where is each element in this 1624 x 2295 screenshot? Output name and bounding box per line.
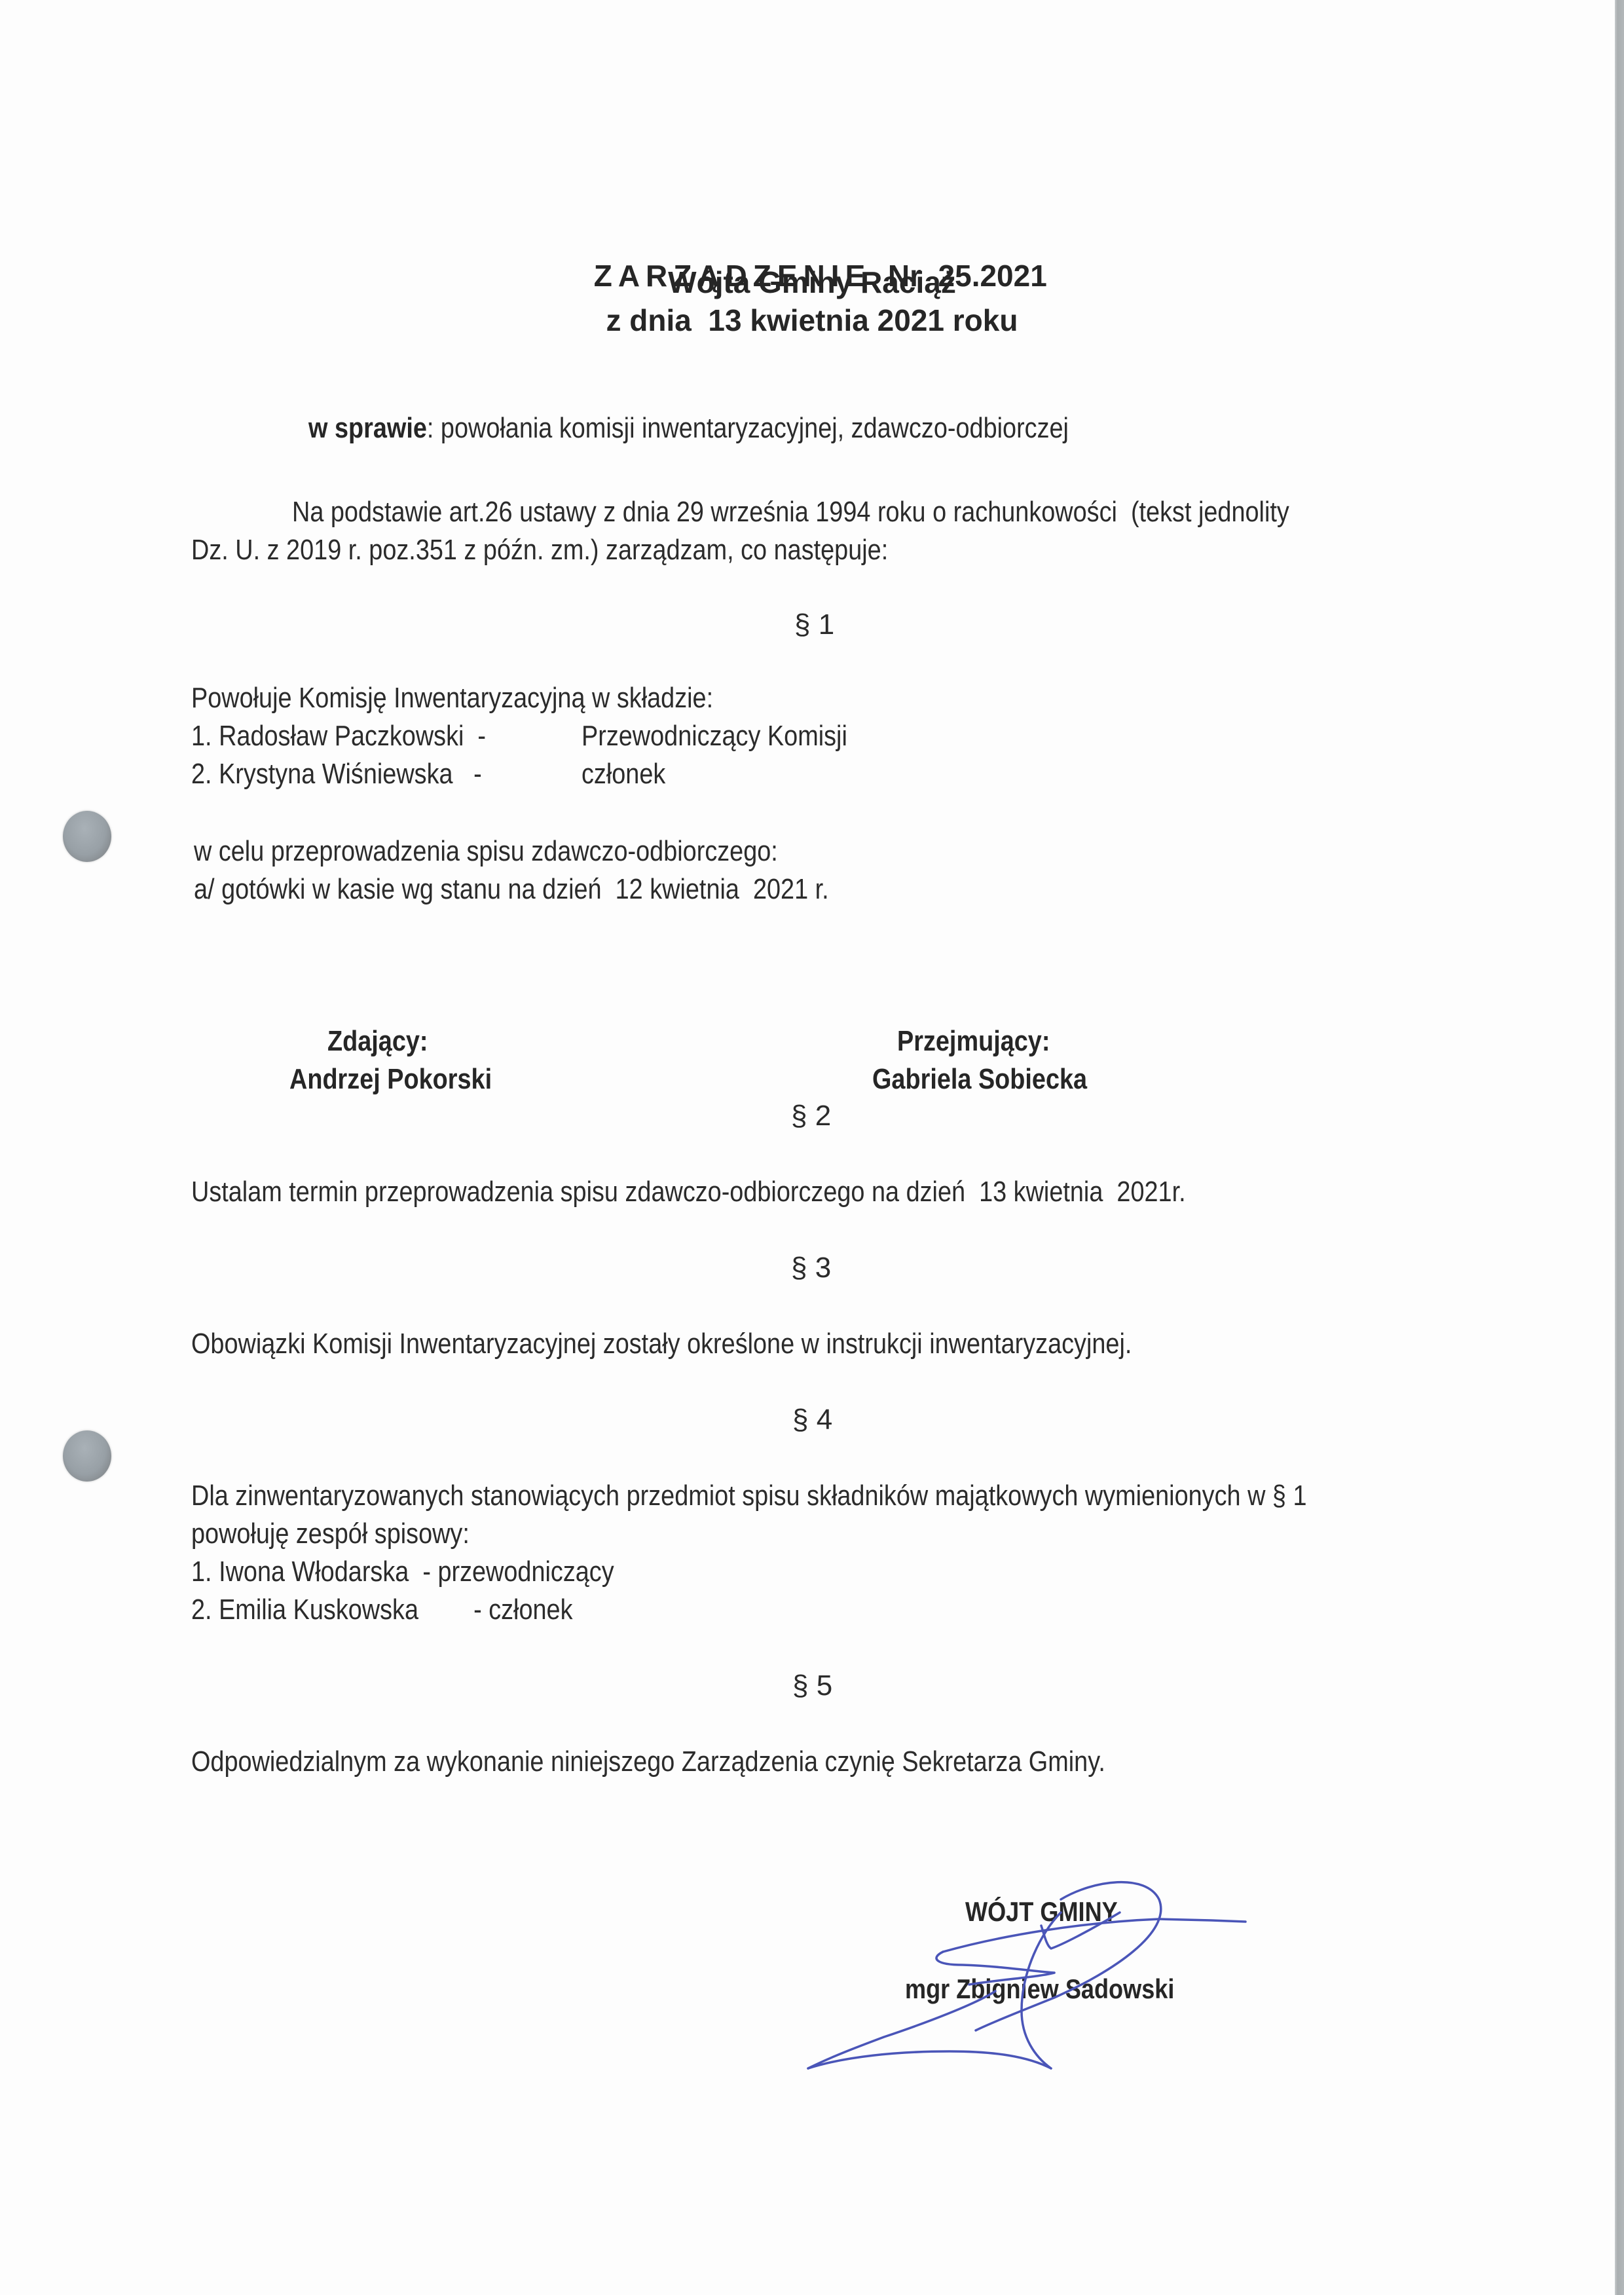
subject-line: w sprawie: powołania komisji inwentaryza… bbox=[295, 385, 1069, 443]
punch-hole bbox=[63, 1430, 111, 1482]
receiver-name: Gabriela Sobiecka bbox=[872, 1065, 1087, 1094]
commission-member-role: Przewodniczący Komisji bbox=[581, 722, 847, 751]
section-sign-4: § 4 bbox=[792, 1406, 832, 1434]
issuer: Wójta Gminy Raciąż bbox=[0, 267, 1624, 297]
section-sign-5: § 5 bbox=[792, 1671, 832, 1700]
team-member: 2. Emilia Kuskowska - członek bbox=[191, 1595, 573, 1624]
section-4-line-2: powołuję zespół spisowy: bbox=[191, 1520, 470, 1548]
commission-member-name: 1. Radosław Paczkowski - bbox=[191, 722, 486, 751]
receiver-label: Przejmujący: bbox=[897, 1027, 1050, 1056]
section-sign-3: § 3 bbox=[791, 1254, 831, 1282]
giver-label: Zdający: bbox=[327, 1027, 428, 1056]
section-3-text: Obowiązki Komisji Inwentaryzacyjnej zost… bbox=[191, 1330, 1132, 1358]
commission-intro: Powołuje Komisję Inwentaryzacyjną w skła… bbox=[191, 684, 713, 713]
commission-member-name: 2. Krystyna Wiśniewska - bbox=[191, 760, 482, 789]
section-4-line-1: Dla zinwentaryzowanych stanowiących prze… bbox=[191, 1482, 1307, 1510]
scan-page-edge bbox=[1615, 0, 1624, 2295]
handwritten-signature bbox=[805, 1860, 1251, 2083]
preamble-line-2: Dz. U. z 2019 r. poz.351 z późn. zm.) za… bbox=[191, 536, 888, 565]
commission-member-role: członek bbox=[581, 760, 665, 789]
preamble-line-1: Na podstawie art.26 ustawy z dnia 29 wrz… bbox=[292, 498, 1289, 527]
document-date: z dnia 13 kwietnia 2021 roku bbox=[0, 305, 1624, 335]
team-member: 1. Iwona Włodarska - przewodniczący bbox=[191, 1558, 614, 1586]
punch-hole bbox=[63, 811, 111, 862]
section-sign-1: § 1 bbox=[794, 610, 834, 639]
section-2-text: Ustalam termin przeprowadzenia spisu zda… bbox=[191, 1178, 1186, 1206]
subject-text: : powołania komisji inwentaryzacyjnej, z… bbox=[427, 412, 1069, 444]
purpose-line-2: a/ gotówki w kasie wg stanu na dzień 12 … bbox=[194, 875, 829, 904]
section-sign-2: § 2 bbox=[791, 1102, 831, 1130]
subject-label: w sprawie bbox=[308, 412, 427, 444]
purpose-line-1: w celu przeprowadzenia spisu zdawczo-odb… bbox=[194, 837, 778, 866]
giver-name: Andrzej Pokorski bbox=[289, 1065, 492, 1094]
section-5-text: Odpowiedzialnym za wykonanie niniejszego… bbox=[191, 1747, 1105, 1776]
